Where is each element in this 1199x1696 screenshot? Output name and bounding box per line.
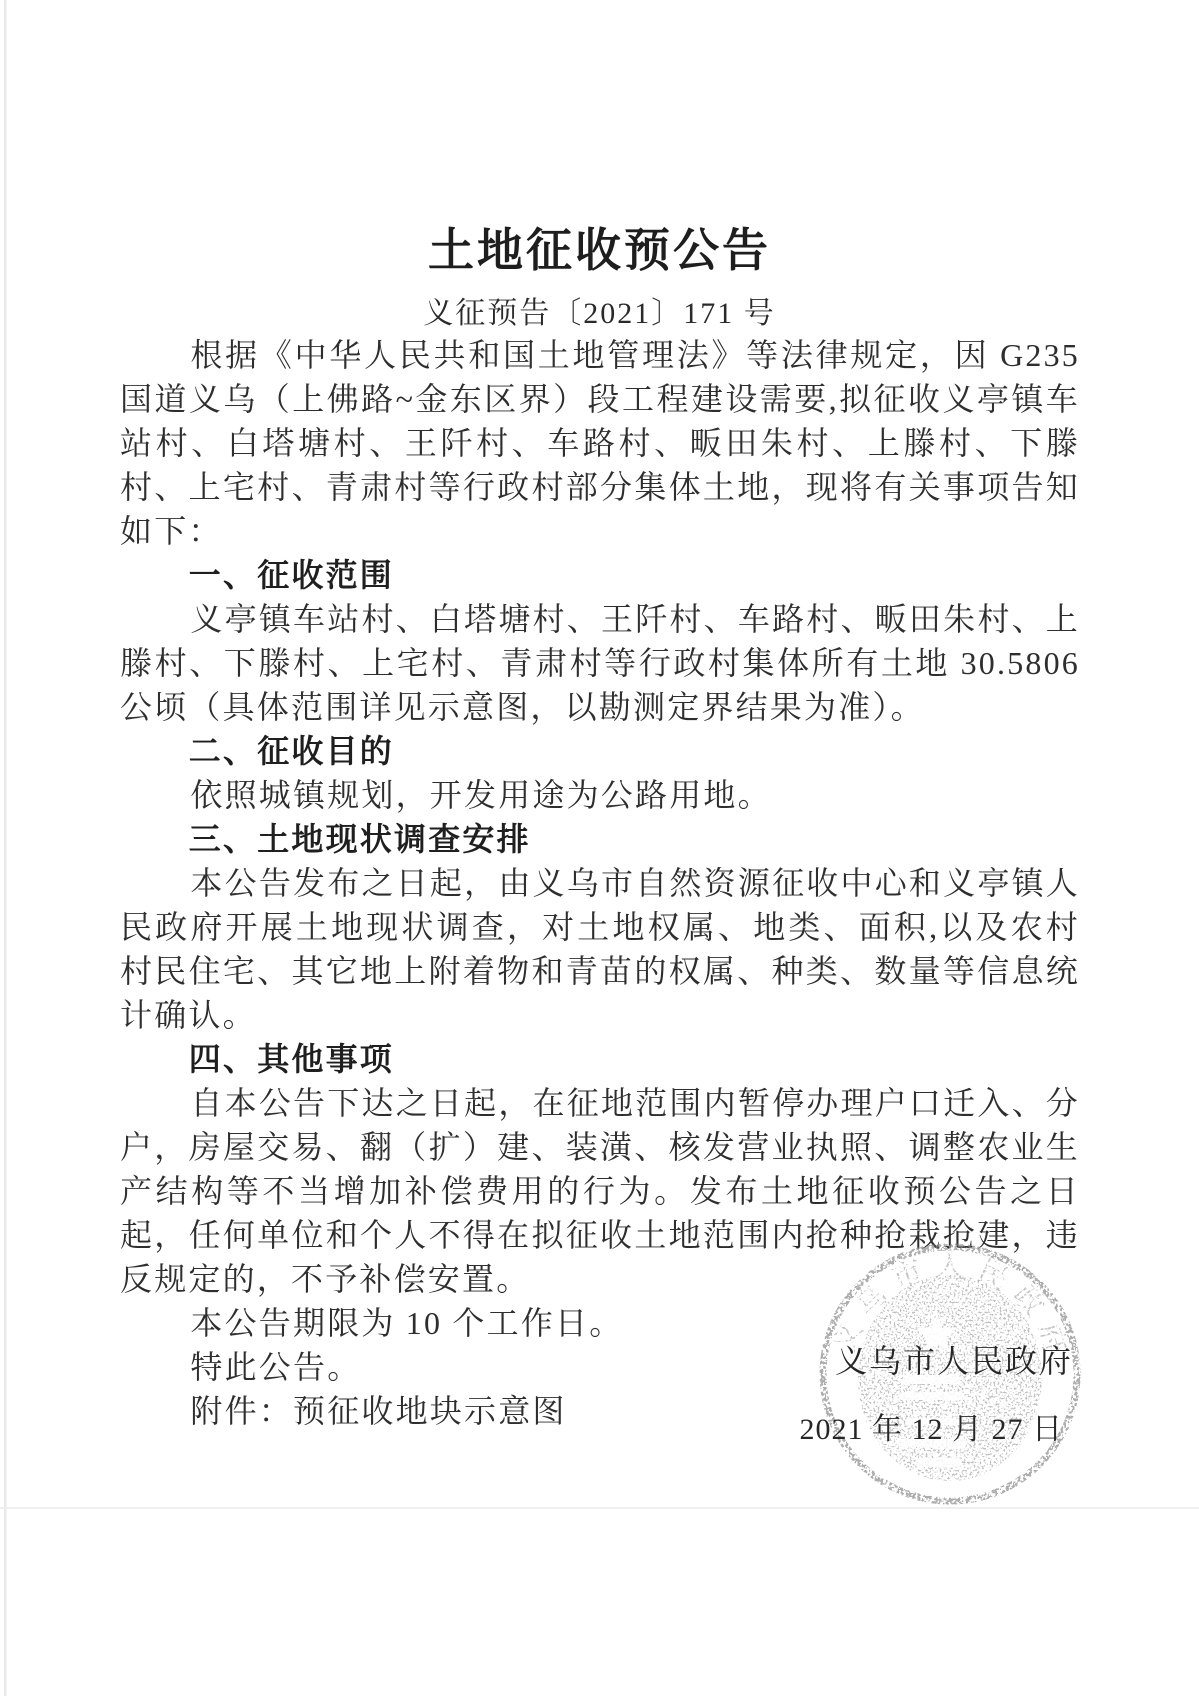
issuer-signature: 义乌市人民政府 <box>835 1336 1073 1382</box>
issue-date: 2021 年 12 月 27 日 <box>800 1404 1064 1448</box>
paragraph: 依照城镇规划，开发用途为公路用地。 <box>120 773 1080 817</box>
document-page: 土地征收预公告 义征预告〔2021〕171 号 根据《中华人民共和国土地管理法》… <box>0 0 1199 1696</box>
doc-number: 义征预告〔2021〕171 号 <box>0 288 1199 332</box>
section-heading: 四、其他事项 <box>120 1037 1080 1081</box>
paragraph: 义亭镇车站村、白塔塘村、王阡村、车路村、畈田朱村、上滕村、下滕村、上宅村、青肃村… <box>120 597 1080 729</box>
section-heading: 三、土地现状调查安排 <box>120 817 1080 861</box>
doc-title: 土地征收预公告 <box>0 214 1199 280</box>
paragraph: 本公告发布之日起，由义乌市自然资源征收中心和义亭镇人民政府开展土地现状调查，对土… <box>120 861 1080 1037</box>
paragraph: 根据《中华人民共和国土地管理法》等法律规定，因 G235 国道义乌（上佛路~金东… <box>120 333 1080 553</box>
section-heading: 二、征收目的 <box>120 729 1080 773</box>
section-heading: 一、征收范围 <box>120 553 1080 597</box>
